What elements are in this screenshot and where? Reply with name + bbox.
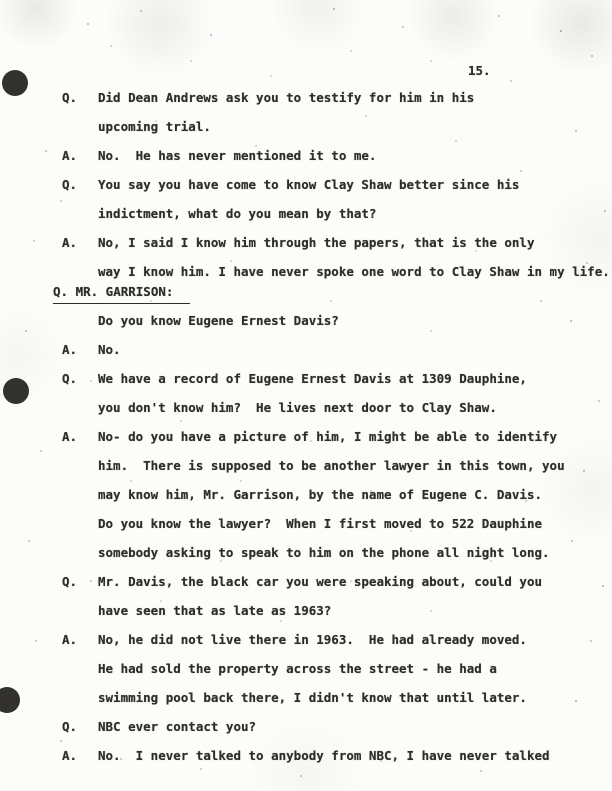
line-text: Did Dean Andrews ask you to testify for … — [98, 90, 474, 105]
line-text: We have a record of Eugene Ernest Davis … — [98, 371, 527, 386]
line-text: You say you have come to know Clay Shaw … — [98, 177, 519, 192]
speaker-marker: Q. — [62, 567, 77, 596]
speaker-marker: Q. — [62, 170, 77, 199]
transcript-row: A.No, he did not live there in 1963. He … — [0, 625, 612, 654]
line-text: upcoming trial. — [98, 119, 211, 134]
transcript-row: Q.Did Dean Andrews ask you to testify fo… — [0, 83, 612, 112]
transcript-row: may know him, Mr. Garrison, by the name … — [0, 480, 612, 509]
transcript-row: Do you know the lawyer? When I first mov… — [0, 509, 612, 538]
transcript-row: A.No. I never talked to anybody from NBC… — [0, 741, 612, 770]
transcript-row: you don't know him? He lives next door t… — [0, 393, 612, 422]
garrison-examiner-heading: Q. MR. GARRISON: — [53, 283, 190, 304]
line-text: Do you know Eugene Ernest Davis? — [98, 313, 339, 328]
speaker-marker: A. — [62, 141, 77, 170]
speaker-marker: A. — [62, 228, 77, 257]
transcript-row: Q.Mr. Davis, the black car you were spea… — [0, 567, 612, 596]
speaker-marker: A. — [62, 625, 77, 654]
transcript-row: A.No. He has never mentioned it to me. — [0, 141, 612, 170]
speaker-marker: Q. — [62, 83, 77, 112]
line-text: No, I said I know him through the papers… — [98, 235, 535, 250]
line-text: somebody asking to speak to him on the p… — [98, 545, 550, 560]
transcript-row: A.No- do you have a picture of him, I mi… — [0, 422, 612, 451]
transcript-row: Q.We have a record of Eugene Ernest Davi… — [0, 364, 612, 393]
line-text: Mr. Davis, the black car you were speaki… — [98, 574, 542, 589]
line-text: have seen that as late as 1963? — [98, 603, 331, 618]
scanned-transcript-page: 15. Q.Did Dean Andrews ask you to testif… — [0, 0, 612, 791]
page-number: 15. — [468, 62, 491, 80]
transcript-row: Q.You say you have come to know Clay Sha… — [0, 170, 612, 199]
line-text: No. I never talked to anybody from NBC, … — [98, 748, 550, 763]
transcript-row: him. There is supposed to be another law… — [0, 451, 612, 480]
line-text: No, he did not live there in 1963. He ha… — [98, 632, 527, 647]
transcript-row: somebody asking to speak to him on the p… — [0, 538, 612, 567]
line-text: He had sold the property across the stre… — [98, 661, 497, 676]
transcript-row: swimming pool back there, I didn't know … — [0, 683, 612, 712]
line-text: No. He has never mentioned it to me. — [98, 148, 376, 163]
line-text: him. There is supposed to be another law… — [98, 458, 565, 473]
line-text: may know him, Mr. Garrison, by the name … — [98, 487, 542, 502]
transcript-row: indictment, what do you mean by that? — [0, 199, 612, 228]
transcript-row: Do you know Eugene Ernest Davis? — [0, 306, 612, 335]
line-text: swimming pool back there, I didn't know … — [98, 690, 527, 705]
transcript-row: Q. MR. GARRISON: — [0, 277, 612, 306]
speaker-marker: Q. — [62, 364, 77, 393]
speaker-marker: Q. — [62, 712, 77, 741]
transcript-row: A.No, I said I know him through the pape… — [0, 228, 612, 257]
speaker-marker: A. — [62, 422, 77, 451]
paper-noise-speckles — [0, 0, 2, 2]
line-text: No- do you have a picture of him, I migh… — [98, 429, 557, 444]
speaker-marker: A. — [62, 741, 77, 770]
line-text: indictment, what do you mean by that? — [98, 206, 376, 221]
transcript: Q.Did Dean Andrews ask you to testify fo… — [0, 83, 612, 770]
transcript-row: upcoming trial. — [0, 112, 612, 141]
transcript-row: A.No. — [0, 335, 612, 364]
transcript-row: Q.NBC ever contact you? — [0, 712, 612, 741]
line-text: Do you know the lawyer? When I first mov… — [98, 516, 542, 531]
transcript-row: He had sold the property across the stre… — [0, 654, 612, 683]
line-text: NBC ever contact you? — [98, 719, 256, 734]
line-text: No. — [98, 342, 121, 357]
line-text: you don't know him? He lives next door t… — [98, 400, 497, 415]
transcript-row: have seen that as late as 1963? — [0, 596, 612, 625]
speaker-marker: A. — [62, 335, 77, 364]
